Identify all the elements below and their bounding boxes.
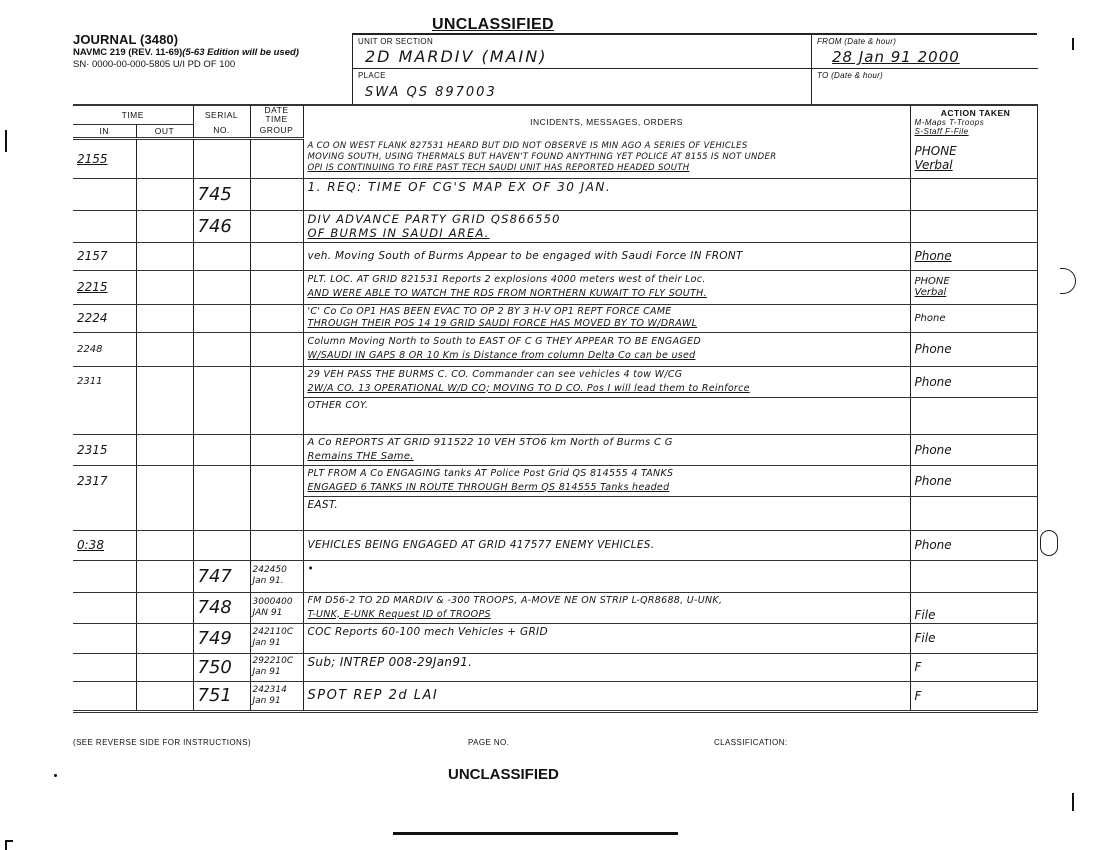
column-header-serial: SERIAL — [193, 105, 250, 124]
dtg-cell — [250, 304, 303, 332]
header-box: UNIT OR SECTION 2D MARDIV (MAIN) PLACE S… — [352, 33, 1037, 104]
message-line: • — [308, 562, 906, 576]
action-legend-1: M-Maps T-Troops — [915, 118, 1037, 127]
table-row: 2224 'C' Co Co OP1 HAS BEEN EVAC TO OP 2… — [73, 304, 1037, 332]
scan-mark-corner — [5, 840, 13, 842]
action-cell: PHONE Verbal — [910, 270, 1037, 304]
message-cell: A Co REPORTS AT GRID 911522 10 VEH 5TO6 … — [303, 434, 910, 465]
message-line: veh. Moving South of Burms Appear to be … — [308, 249, 906, 263]
message-cell: OTHER COY. — [303, 397, 910, 434]
message-cell: PLT FROM A Co ENGAGING tanks AT Police P… — [303, 465, 910, 496]
time-out-cell — [136, 592, 193, 623]
time-in: 2215 — [77, 280, 108, 294]
time-in-cell — [73, 623, 136, 653]
time-in-cell: 2248 — [73, 332, 136, 366]
action-cell: File — [910, 592, 1037, 623]
column-header-serial-no: NO. — [193, 124, 250, 138]
table-row: 749 242110C Jan 91 COC Reports 60-100 me… — [73, 623, 1037, 653]
to-field: TO (Date & hour) — [811, 69, 1038, 106]
serial-cell — [193, 530, 250, 560]
serial-cell — [193, 270, 250, 304]
dtg-cell — [250, 397, 303, 434]
action-line: PHONE — [915, 144, 1033, 158]
dtg-cell — [250, 496, 303, 530]
time-in-cell — [73, 397, 136, 434]
serial-cell: 748 — [193, 592, 250, 623]
column-header-out: OUT — [136, 124, 193, 138]
action-cell: F — [910, 653, 1037, 681]
message-line: OTHER COY. — [308, 399, 906, 413]
message-line: Sub; INTREP 008-29Jan91. — [308, 655, 906, 669]
serial-cell — [193, 366, 250, 397]
time-in-cell: 0:38 — [73, 530, 136, 560]
time-in-cell: 2317 — [73, 465, 136, 496]
message-line: PLT. LOC. AT GRID 821531 Reports 2 explo… — [308, 273, 906, 287]
scan-mark-tick — [1072, 793, 1074, 811]
action-line: Phone — [915, 375, 1033, 389]
message-line: DIV ADVANCE PARTY GRID QS866550 — [308, 212, 906, 226]
action-line: File — [915, 608, 1033, 622]
form-revision-note: (5-63 Edition will be used) — [182, 47, 299, 58]
action-legend-2: S-Staff F-File — [915, 127, 1037, 136]
form-title: JOURNAL (3480) — [73, 32, 178, 47]
action-cell — [910, 178, 1037, 210]
journal-table: TIME SERIAL DATETIME INCIDENTS, MESSAGES… — [73, 104, 1038, 713]
instructions-note: (SEE REVERSE SIDE FOR INSTRUCTIONS) — [73, 738, 251, 747]
message-line: 29 VEH PASS THE BURMS C. CO. Commander c… — [308, 368, 906, 382]
message-line: OPI IS CONTINUING TO FIRE PAST TECH SAUD… — [308, 163, 906, 174]
message-cell: Column Moving North to South to EAST OF … — [303, 332, 910, 366]
form-revision: NAVMC 219 (REV. 11-69)(5-63 Edition will… — [73, 47, 299, 58]
dtg-cell: 242110C Jan 91 — [250, 623, 303, 653]
table-row: EAST. — [73, 496, 1037, 530]
message-cell: FM D56-2 TO 2D MARDIV & -300 TROOPS, A-M… — [303, 592, 910, 623]
dtg-cell — [250, 178, 303, 210]
time-in: 2311 — [77, 376, 102, 387]
unit-value: 2D MARDIV (MAIN) — [365, 47, 547, 66]
table-row: 2248 Column Moving North to South to EAS… — [73, 332, 1037, 366]
action-cell: Phone — [910, 465, 1037, 496]
action-line: Phone — [915, 443, 1033, 457]
serial-cell: 746 — [193, 210, 250, 242]
time-out-cell — [136, 653, 193, 681]
serial-cell — [193, 304, 250, 332]
table-row: 2215 PLT. LOC. AT GRID 821531 Reports 2 … — [73, 270, 1037, 304]
message-line: T-UNK, E-UNK Request ID of TROOPS — [308, 608, 906, 622]
time-out-cell — [136, 434, 193, 465]
table-row: 745 1. REQ: TIME OF CG'S MAP EX OF 30 JA… — [73, 178, 1037, 210]
serial-cell: 750 — [193, 653, 250, 681]
time-in-cell — [73, 592, 136, 623]
dtg-cell — [250, 138, 303, 178]
message-line: A Co REPORTS AT GRID 911522 10 VEH 5TO6 … — [308, 436, 906, 450]
message-cell: 29 VEH PASS THE BURMS C. CO. Commander c… — [303, 366, 910, 397]
action-line: Phone — [915, 313, 1033, 324]
unit-label: UNIT OR SECTION — [358, 37, 433, 46]
table-row: 0:38 VEHICLES BEING ENGAGED AT GRID 4175… — [73, 530, 1037, 560]
to-label: TO (Date & hour) — [817, 71, 883, 80]
table-row: 746 DIV ADVANCE PARTY GRID QS866550 OF B… — [73, 210, 1037, 242]
dtg-cell — [250, 434, 303, 465]
time-out-cell — [136, 530, 193, 560]
dtg-cell: 292210C Jan 91 — [250, 653, 303, 681]
message-line: W/SAUDI IN GAPS 8 OR 10 Km is Distance f… — [308, 349, 906, 363]
serial-cell — [193, 397, 250, 434]
table-row: 751 242314 Jan 91 SPOT REP 2d LAI F — [73, 681, 1037, 711]
table-row: OTHER COY. — [73, 397, 1037, 434]
time-out-cell — [136, 178, 193, 210]
action-cell: Phone — [910, 530, 1037, 560]
action-line: F — [915, 689, 1033, 703]
time-out-cell — [136, 560, 193, 592]
place-label: PLACE — [358, 71, 386, 80]
time-in-cell: 2157 — [73, 242, 136, 270]
page-number-label: PAGE NO. — [468, 738, 509, 747]
action-line: Phone — [915, 538, 1033, 552]
action-cell — [910, 496, 1037, 530]
action-cell: Phone — [910, 366, 1037, 397]
table-row: 747 242450 Jan 91. • — [73, 560, 1037, 592]
time-in: 2155 — [77, 152, 108, 166]
time-in-cell — [73, 560, 136, 592]
time-out-cell — [136, 366, 193, 397]
action-line: PHONE — [915, 276, 1033, 287]
time-in: 2248 — [77, 344, 102, 355]
message-line: 1. REQ: TIME OF CG'S MAP EX OF 30 JAN. — [308, 180, 906, 194]
message-line: Column Moving North to South to EAST OF … — [308, 335, 906, 349]
message-line: Remains THE Same. — [308, 450, 906, 464]
dtg-cell — [250, 210, 303, 242]
time-in-cell — [73, 178, 136, 210]
time-in: 2224 — [77, 311, 108, 325]
time-out-cell — [136, 210, 193, 242]
dtg-cell — [250, 332, 303, 366]
time-in-cell: 2215 — [73, 270, 136, 304]
action-cell — [910, 560, 1037, 592]
message-line: EAST. — [308, 498, 906, 512]
message-line: 2W/A CO. 13 OPERATIONAL W/D CO; MOVING T… — [308, 382, 906, 396]
time-out-cell — [136, 465, 193, 496]
column-header-incidents: INCIDENTS, MESSAGES, ORDERS — [303, 105, 910, 138]
serial-cell: 751 — [193, 681, 250, 711]
action-cell — [910, 210, 1037, 242]
serial-cell — [193, 465, 250, 496]
column-header-dtg-group: GROUP — [250, 124, 303, 138]
message-cell: PLT. LOC. AT GRID 821531 Reports 2 explo… — [303, 270, 910, 304]
column-header-time: TIME — [73, 105, 193, 124]
column-header-in: IN — [73, 124, 136, 138]
table-row: 2157 veh. Moving South of Burms Appear t… — [73, 242, 1037, 270]
classification-label: CLASSIFICATION: — [714, 738, 787, 747]
table-row: 2317 PLT FROM A Co ENGAGING tanks AT Pol… — [73, 465, 1037, 496]
table-row: 2311 29 VEH PASS THE BURMS C. CO. Comman… — [73, 366, 1037, 397]
time-out-cell — [136, 623, 193, 653]
message-cell: 'C' Co Co OP1 HAS BEEN EVAC TO OP 2 BY 3… — [303, 304, 910, 332]
message-line: AND WERE ABLE TO WATCH THE RDS FROM NORT… — [308, 287, 906, 301]
time-in: 0:38 — [77, 538, 104, 552]
message-line: SPOT REP 2d LAI — [308, 689, 906, 703]
serial-cell: 745 — [193, 178, 250, 210]
action-line: Verbal — [915, 158, 1033, 172]
time-in-cell: 2315 — [73, 434, 136, 465]
message-cell: DIV ADVANCE PARTY GRID QS866550 OF BURMS… — [303, 210, 910, 242]
time-out-cell — [136, 138, 193, 178]
dtg-cell — [250, 530, 303, 560]
dtg-cell — [250, 465, 303, 496]
message-line: MOVING SOUTH, USING THERMALS BUT HAVEN'T… — [308, 152, 906, 163]
time-in-cell — [73, 210, 136, 242]
serial-cell: 747 — [193, 560, 250, 592]
time-out-cell — [136, 304, 193, 332]
scan-mark-dot — [54, 774, 57, 777]
time-out-cell — [136, 332, 193, 366]
time-out-cell — [136, 397, 193, 434]
serial-cell — [193, 138, 250, 178]
scan-mark-bracket — [1060, 268, 1076, 294]
time-in-cell: 2311 — [73, 366, 136, 397]
scan-mark-line — [393, 832, 678, 835]
message-line: VEHICLES BEING ENGAGED AT GRID 417577 EN… — [308, 538, 906, 552]
from-field: FROM (Date & hour) 28 Jan 91 2000 — [811, 35, 1038, 69]
action-cell: PHONE Verbal — [910, 138, 1037, 178]
message-cell: veh. Moving South of Burms Appear to be … — [303, 242, 910, 270]
serial-cell — [193, 332, 250, 366]
action-line: File — [915, 631, 1033, 645]
message-line: COC Reports 60-100 mech Vehicles + GRID — [308, 625, 906, 639]
from-value: 28 Jan 91 2000 — [832, 48, 960, 66]
time-in: 2315 — [77, 443, 108, 457]
time-out-cell — [136, 496, 193, 530]
message-line: OF BURMS IN SAUDI AREA. — [308, 226, 906, 240]
scan-mark-tick — [1072, 38, 1074, 50]
action-cell: Phone — [910, 434, 1037, 465]
action-cell — [910, 397, 1037, 434]
message-cell: 1. REQ: TIME OF CG'S MAP EX OF 30 JAN. — [303, 178, 910, 210]
dtg-label-time: TIME — [265, 114, 287, 124]
time-in-cell — [73, 681, 136, 711]
dtg-cell — [250, 366, 303, 397]
action-title: ACTION TAKEN — [915, 109, 1037, 118]
action-line: Phone — [915, 249, 1033, 263]
message-line: 'C' Co Co OP1 HAS BEEN EVAC TO OP 2 BY 3… — [308, 306, 906, 318]
message-cell: Sub; INTREP 008-29Jan91. — [303, 653, 910, 681]
action-line: F — [915, 660, 1033, 674]
form-revision-number: NAVMC 219 (REV. 11-69) — [73, 47, 182, 58]
time-in-cell: 2224 — [73, 304, 136, 332]
action-cell: Phone — [910, 332, 1037, 366]
time-in-cell — [73, 653, 136, 681]
action-line: Phone — [915, 342, 1033, 356]
table-row: 748 3000400 JAN 91 FM D56-2 TO 2D MARDIV… — [73, 592, 1037, 623]
column-header-dtg-top: DATETIME — [250, 105, 303, 124]
message-cell: A CO ON WEST FLANK 827531 HEARD BUT DID … — [303, 138, 910, 178]
serial-cell — [193, 242, 250, 270]
dtg-cell: 242314 Jan 91 — [250, 681, 303, 711]
dtg-cell — [250, 242, 303, 270]
time-in: 2317 — [77, 474, 108, 488]
table-row: 750 292210C Jan 91 Sub; INTREP 008-29Jan… — [73, 653, 1037, 681]
dtg-cell: 242450 Jan 91. — [250, 560, 303, 592]
message-line: A CO ON WEST FLANK 827531 HEARD BUT DID … — [308, 141, 906, 152]
classification-bottom: UNCLASSIFIED — [448, 766, 559, 783]
time-in: 2157 — [77, 249, 108, 263]
serial-cell — [193, 434, 250, 465]
unit-field: UNIT OR SECTION 2D MARDIV (MAIN) — [353, 35, 811, 69]
message-cell: COC Reports 60-100 mech Vehicles + GRID — [303, 623, 910, 653]
column-header-action: ACTION TAKEN M-Maps T-Troops S-Staff F-F… — [910, 105, 1037, 138]
message-line: THROUGH THEIR POS 14 19 GRID SAUDI FORCE… — [308, 318, 906, 330]
serial-cell — [193, 496, 250, 530]
scan-mark-bracket — [1040, 530, 1058, 556]
time-in-cell: 2155 — [73, 138, 136, 178]
message-cell: SPOT REP 2d LAI — [303, 681, 910, 711]
time-out-cell — [136, 681, 193, 711]
serial-cell: 749 — [193, 623, 250, 653]
dtg-cell — [250, 270, 303, 304]
time-out-cell — [136, 242, 193, 270]
stock-number: SN· 0000-00-000-5805 U/I PD OF 100 — [73, 59, 235, 70]
action-cell: File — [910, 623, 1037, 653]
action-line: Verbal — [915, 287, 1033, 298]
classification-top: UNCLASSIFIED — [432, 16, 554, 34]
message-cell: VEHICLES BEING ENGAGED AT GRID 417577 EN… — [303, 530, 910, 560]
time-in-cell — [73, 496, 136, 530]
message-line: ENGAGED 6 TANKS IN ROUTE THROUGH Berm QS… — [308, 481, 906, 495]
message-cell: • — [303, 560, 910, 592]
action-cell: F — [910, 681, 1037, 711]
message-cell: EAST. — [303, 496, 910, 530]
place-value: SWA QS 897003 — [365, 85, 497, 100]
message-line: FM D56-2 TO 2D MARDIV & -300 TROOPS, A-M… — [308, 594, 906, 608]
dtg-cell: 3000400 JAN 91 — [250, 592, 303, 623]
time-out-cell — [136, 270, 193, 304]
table-row: 2315 A Co REPORTS AT GRID 911522 10 VEH … — [73, 434, 1037, 465]
scan-mark-tick — [5, 130, 7, 152]
table-row: 2155 A CO ON WEST FLANK 827531 HEARD BUT… — [73, 138, 1037, 178]
action-line: Phone — [915, 474, 1033, 488]
action-cell: Phone — [910, 304, 1037, 332]
from-label: FROM (Date & hour) — [817, 37, 896, 46]
place-field: PLACE SWA QS 897003 — [353, 69, 811, 106]
message-line: PLT FROM A Co ENGAGING tanks AT Police P… — [308, 467, 906, 481]
action-cell: Phone — [910, 242, 1037, 270]
